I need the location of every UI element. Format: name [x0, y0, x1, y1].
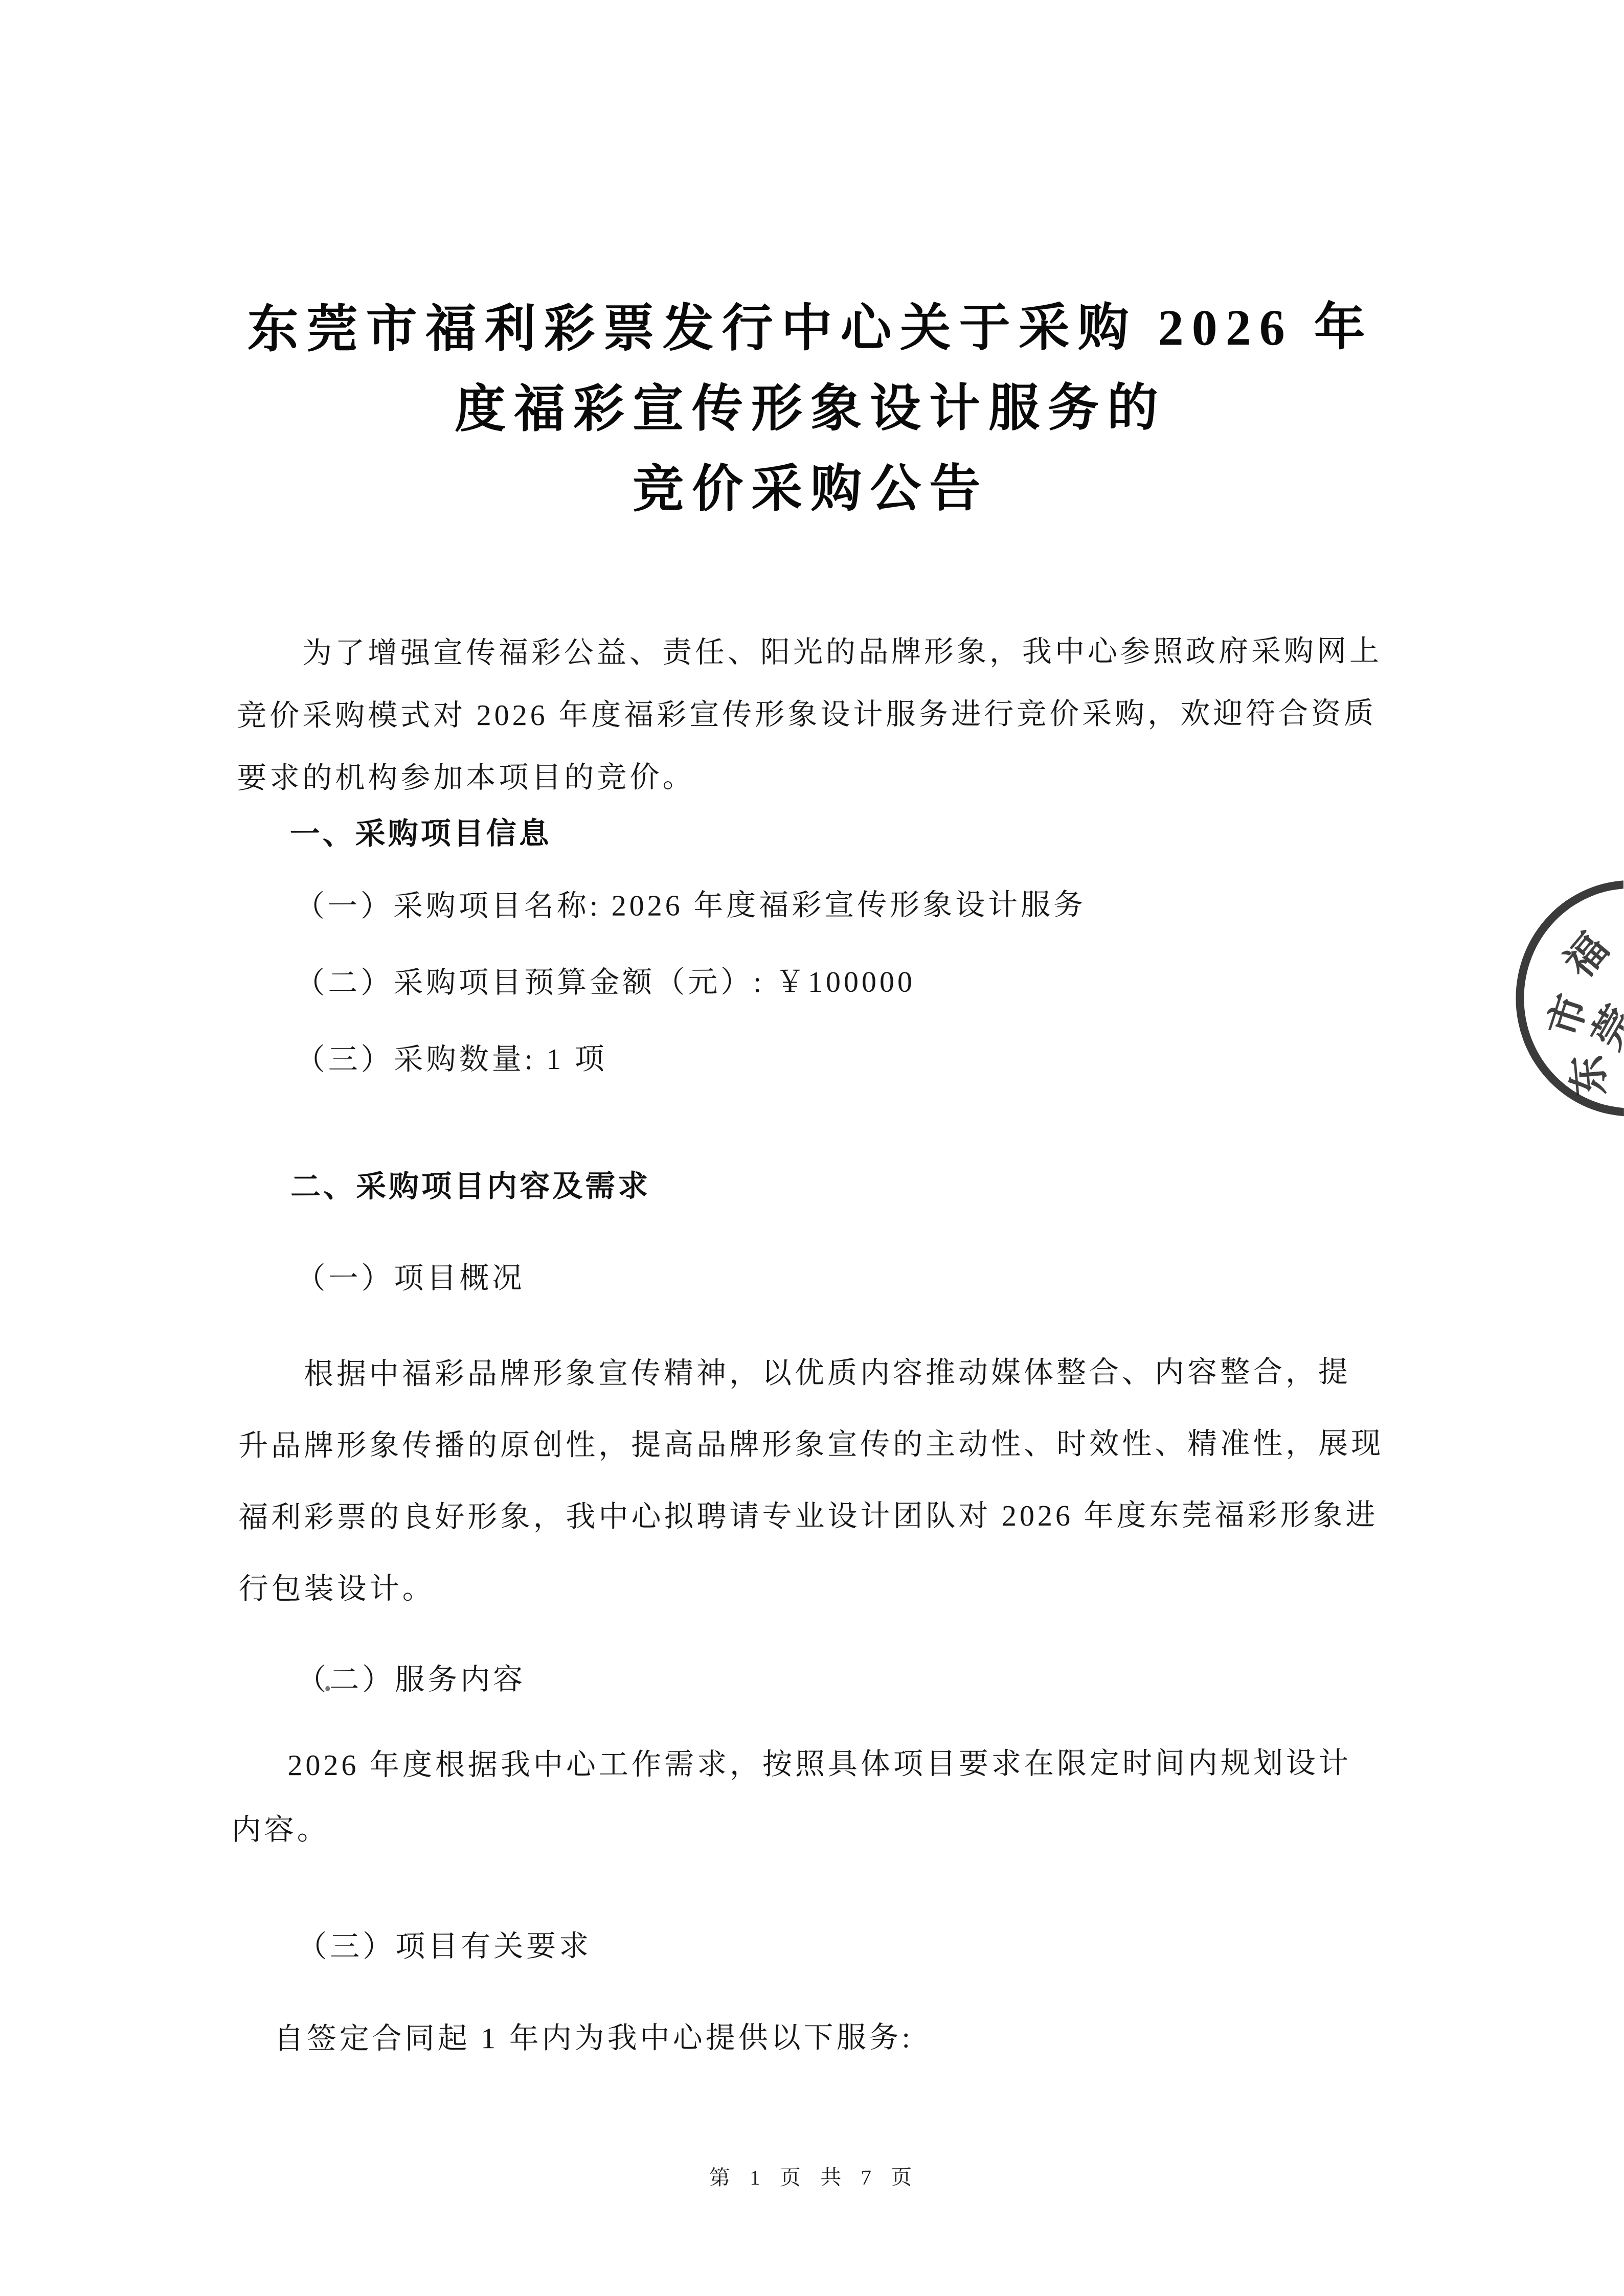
service-paragraph-line: 内容。	[232, 1814, 330, 1846]
scanned-content: 东莞市福利彩票发行中心关于采购 2026 年 度福彩宣传形象设计服务的 竞价采购…	[0, 0, 1624, 2296]
overview-paragraph-line: 根据中福彩品牌形象宣传精神，以优质内容推动媒体整合、内容整合，提	[304, 1356, 1351, 1391]
document-title-line-1: 东莞市福利彩票发行中心关于采购 2026 年	[0, 299, 1622, 359]
section-1-item-budget: （二）采购项目预算金额（元）: ￥100000	[295, 966, 915, 999]
official-seal: 福 市 莞 东	[1512, 862, 1624, 1139]
section-2-heading: 二、采购项目内容及需求	[290, 1170, 650, 1203]
section-2-sub-3-heading: （三）项目有关要求	[297, 1930, 592, 1963]
intro-paragraph-line: 竞价采购模式对 2026 年度福彩宣传形象设计服务进行竞价采购，欢迎符合资质	[237, 698, 1377, 732]
section-1-item-quantity: （三）采购数量: 1 项	[296, 1043, 607, 1076]
requirements-paragraph-line: 自签定合同起 1 年内为我中心提供以下服务:	[274, 2022, 913, 2055]
document-page: 东莞市福利彩票发行中心关于采购 2026 年 度福彩宣传形象设计服务的 竞价采购…	[0, 0, 1624, 2296]
document-title-line-3: 竞价采购公告	[0, 460, 1622, 519]
intro-paragraph-line: 要求的机构参加本项目的竞价。	[237, 761, 695, 794]
service-paragraph-line: 2026 年度根据我中心工作需求，按照具体项目要求在限定时间内规划设计	[287, 1747, 1351, 1782]
document-title-line-2: 度福彩宣传形象设计服务的	[0, 379, 1622, 439]
overview-paragraph-line: 行包装设计。	[239, 1573, 435, 1605]
scan-artifact-dot	[325, 1686, 330, 1691]
overview-paragraph-line: 福利彩票的良好形象，我中心拟聘请专业设计团队对 2026 年度东莞福彩形象进	[238, 1499, 1378, 1534]
overview-paragraph-line: 升品牌形象传播的原创性，提高品牌形象宣传的主动性、时效性、精准性，展现	[238, 1428, 1384, 1462]
section-2-sub-2-heading: （二）服务内容	[297, 1664, 526, 1696]
section-1-heading: 一、采购项目信息	[290, 817, 552, 851]
intro-paragraph-line: 为了增强宣传福彩公益、责任、阳光的品牌形象，我中心参照政府采购网上	[302, 635, 1382, 670]
section-1-item-name: （一）采购项目名称: 2026 年度福彩宣传形象设计服务	[295, 889, 1086, 923]
section-2-sub-1-heading: （一）项目概况	[296, 1262, 525, 1295]
page-footer: 第 1 页 共 7 页	[2, 2159, 1624, 2193]
seal-character: 东	[1554, 1053, 1616, 1099]
